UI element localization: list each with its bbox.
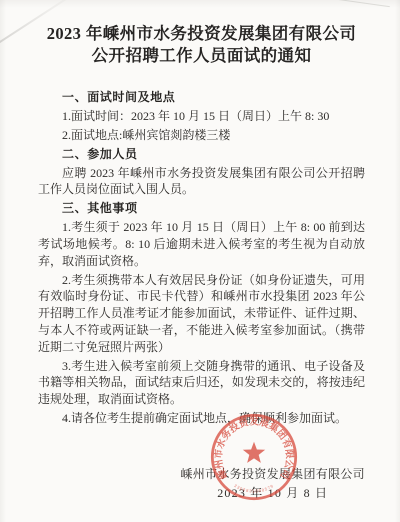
paragraph: 2.考生须携带本人有效居民身份证（如身份证遗失，可用有效临时身份证、市民卡代替）… [38,272,365,356]
paragraph: 应聘 2023 年嵊州市水务投资发展集团有限公司公开招聘工作人员岗位面试入围人员… [38,165,365,199]
signature-block: 嵊州市水务投资发展集团有限公司 2023 年 10 月 8 日 [38,467,365,501]
paragraph: 1.考生须于 2023 年 10 月 15 日（周日）上午 8: 00 前到达考… [38,219,365,269]
document-page: 2023 年嵊州市水务投资发展集团有限公司 公开招聘工作人员面试的通知 一、面试… [0,0,400,522]
scan-artifact [330,0,390,7]
document-title: 2023 年嵊州市水务投资发展集团有限公司 公开招聘工作人员面试的通知 [38,23,365,66]
star-icon [243,442,265,463]
paragraph: 2.面试地点:嵊州宾馆剡韵楼三楼 [38,127,365,144]
official-seal: 嵊州市水务投资发展集团有限公司 3306831000579 [209,412,299,502]
title-line-2: 公开招聘工作人员面试的通知 [38,45,365,67]
paragraph: 4.请各位考生提前确定面试地点，确保顺利参加面试。 [38,410,365,427]
paragraph: 3.考生进入候考室前须上交随身携带的通讯、电子设备及书籍等相关物品，面试结束后归… [38,358,365,408]
svg-text:3306831000579: 3306831000579 [233,483,275,494]
seal-serial-number: 3306831000579 [233,483,275,494]
document-body: 一、面试时间及地点 1.面试时间：2023 年 10 月 15 日（周日）上午 … [38,89,365,427]
paragraph: 1.面试时间：2023 年 10 月 15 日（周日）上午 8: 30 [38,108,365,125]
section-heading-1: 一、面试时间及地点 [38,89,365,106]
section-heading-3: 三、其他事项 [38,200,365,217]
title-line-1: 2023 年嵊州市水务投资发展集团有限公司 [38,23,365,45]
section-heading-2: 二、参加人员 [38,146,365,163]
document-content: 2023 年嵊州市水务投资发展集团有限公司 公开招聘工作人员面试的通知 一、面试… [38,23,365,501]
